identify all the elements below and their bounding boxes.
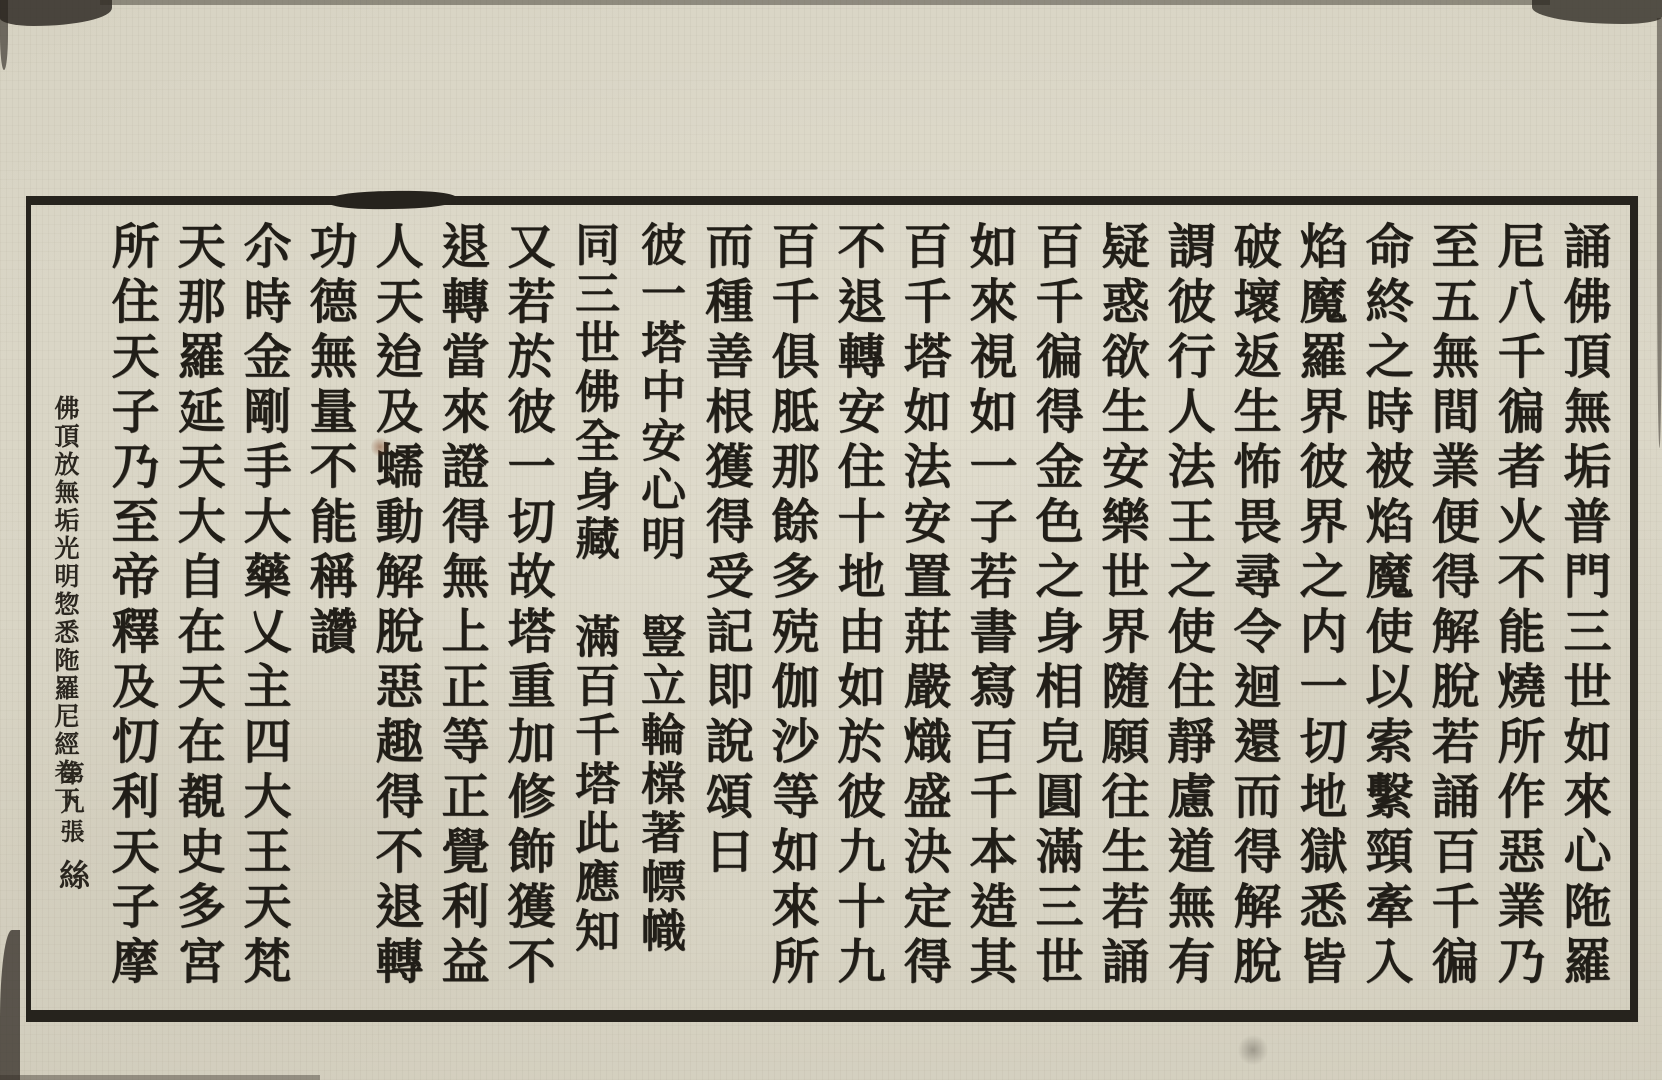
text-column-2: 尼八千徧者火不能燒所作惡業乃: [1484, 221, 1550, 1005]
text-column-18: 退轉當來證得無上正等正覺利益: [428, 221, 494, 1005]
text-column-23: 所住天子乃至帝釋及忉利天子摩: [98, 221, 164, 1005]
text-column-9: 百千徧得金色之身相皃圓滿三世: [1022, 221, 1088, 1005]
sheet-number: 第九張: [53, 761, 88, 848]
sutra-text-block: 誦佛頂無垢普門三世如來心陁羅 尼八千徧者火不能燒所作惡業乃 至五無間業便得解脫若…: [98, 221, 1616, 1005]
photo-corner-bottom-left: [0, 930, 20, 1080]
photo-corner-top-right: [1532, 0, 1662, 24]
text-column-17: 又若於彼一切故塔重加修飾獲不: [494, 221, 560, 1005]
photo-edge-top: [100, 0, 1550, 5]
photo-edge-bottom: [0, 1075, 320, 1080]
text-column-10: 如來視如一子若書寫百千本造其: [956, 221, 1022, 1005]
text-column-13: 百千俱胝那餘多殑伽沙等如來所: [758, 221, 824, 1005]
text-column-8: 疑惑欲生安樂世界隨願往生若誦: [1088, 221, 1154, 1005]
text-column-3: 至五無間業便得解脫若誦百千徧: [1418, 221, 1484, 1005]
text-column-20: 功德無量不能稱讚: [296, 221, 362, 1005]
paper-sheet: 誦佛頂無垢普門三世如來心陁羅 尼八千徧者火不能燒所作惡業乃 至五無間業便得解脫若…: [0, 0, 1662, 1080]
text-column-19: 人天迨及蠕動解脫惡趣得不退轉: [362, 221, 428, 1005]
paper-stain: [371, 437, 389, 457]
paper-smudge: [1238, 1034, 1268, 1066]
text-column-5: 焰魔羅界彼界之内一切地獄悉皆: [1286, 221, 1352, 1005]
running-title: 佛頂放無垢光明惣悉陁羅尼經卷下: [47, 395, 83, 815]
text-column-14: 而種善根獲得受記即說頌曰: [692, 221, 758, 1005]
printed-frame-border: 誦佛頂無垢普門三世如來心陁羅 尼八千徧者火不能燒所作惡業乃 至五無間業便得解脫若…: [26, 196, 1638, 1022]
verse-column-2: 同三世佛全身藏 滿百千塔此應知: [560, 221, 626, 1005]
case-mark: 絲: [49, 859, 94, 890]
ink-blob-top-border: [327, 190, 457, 210]
text-column-21: 尒時金剛手大藥乂主四大王天梵: [230, 221, 296, 1005]
photo-edge-right: [1657, 18, 1662, 448]
text-column-12: 不退轉安住十地由如於彼九十九: [824, 221, 890, 1005]
text-column-6: 破壞返生怖畏尋令迴還而得解脫: [1220, 221, 1286, 1005]
photo-edge-left: [0, 0, 8, 70]
text-column-4: 命終之時被焰魔使以索繫頸牽入: [1352, 221, 1418, 1005]
text-column-22: 天那羅延天大自在天在覩史多宮: [164, 221, 230, 1005]
text-column-1: 誦佛頂無垢普門三世如來心陁羅: [1550, 221, 1616, 1005]
text-column-11: 百千塔如法安置莊嚴熾盛決定得: [890, 221, 956, 1005]
text-column-7: 謂彼行人法王之使住靜慮道無有: [1154, 221, 1220, 1005]
verse-column-1: 彼一塔中安心明 豎立輪橖著幖幟: [626, 221, 692, 1005]
photo-corner-top-left: [0, 0, 112, 26]
